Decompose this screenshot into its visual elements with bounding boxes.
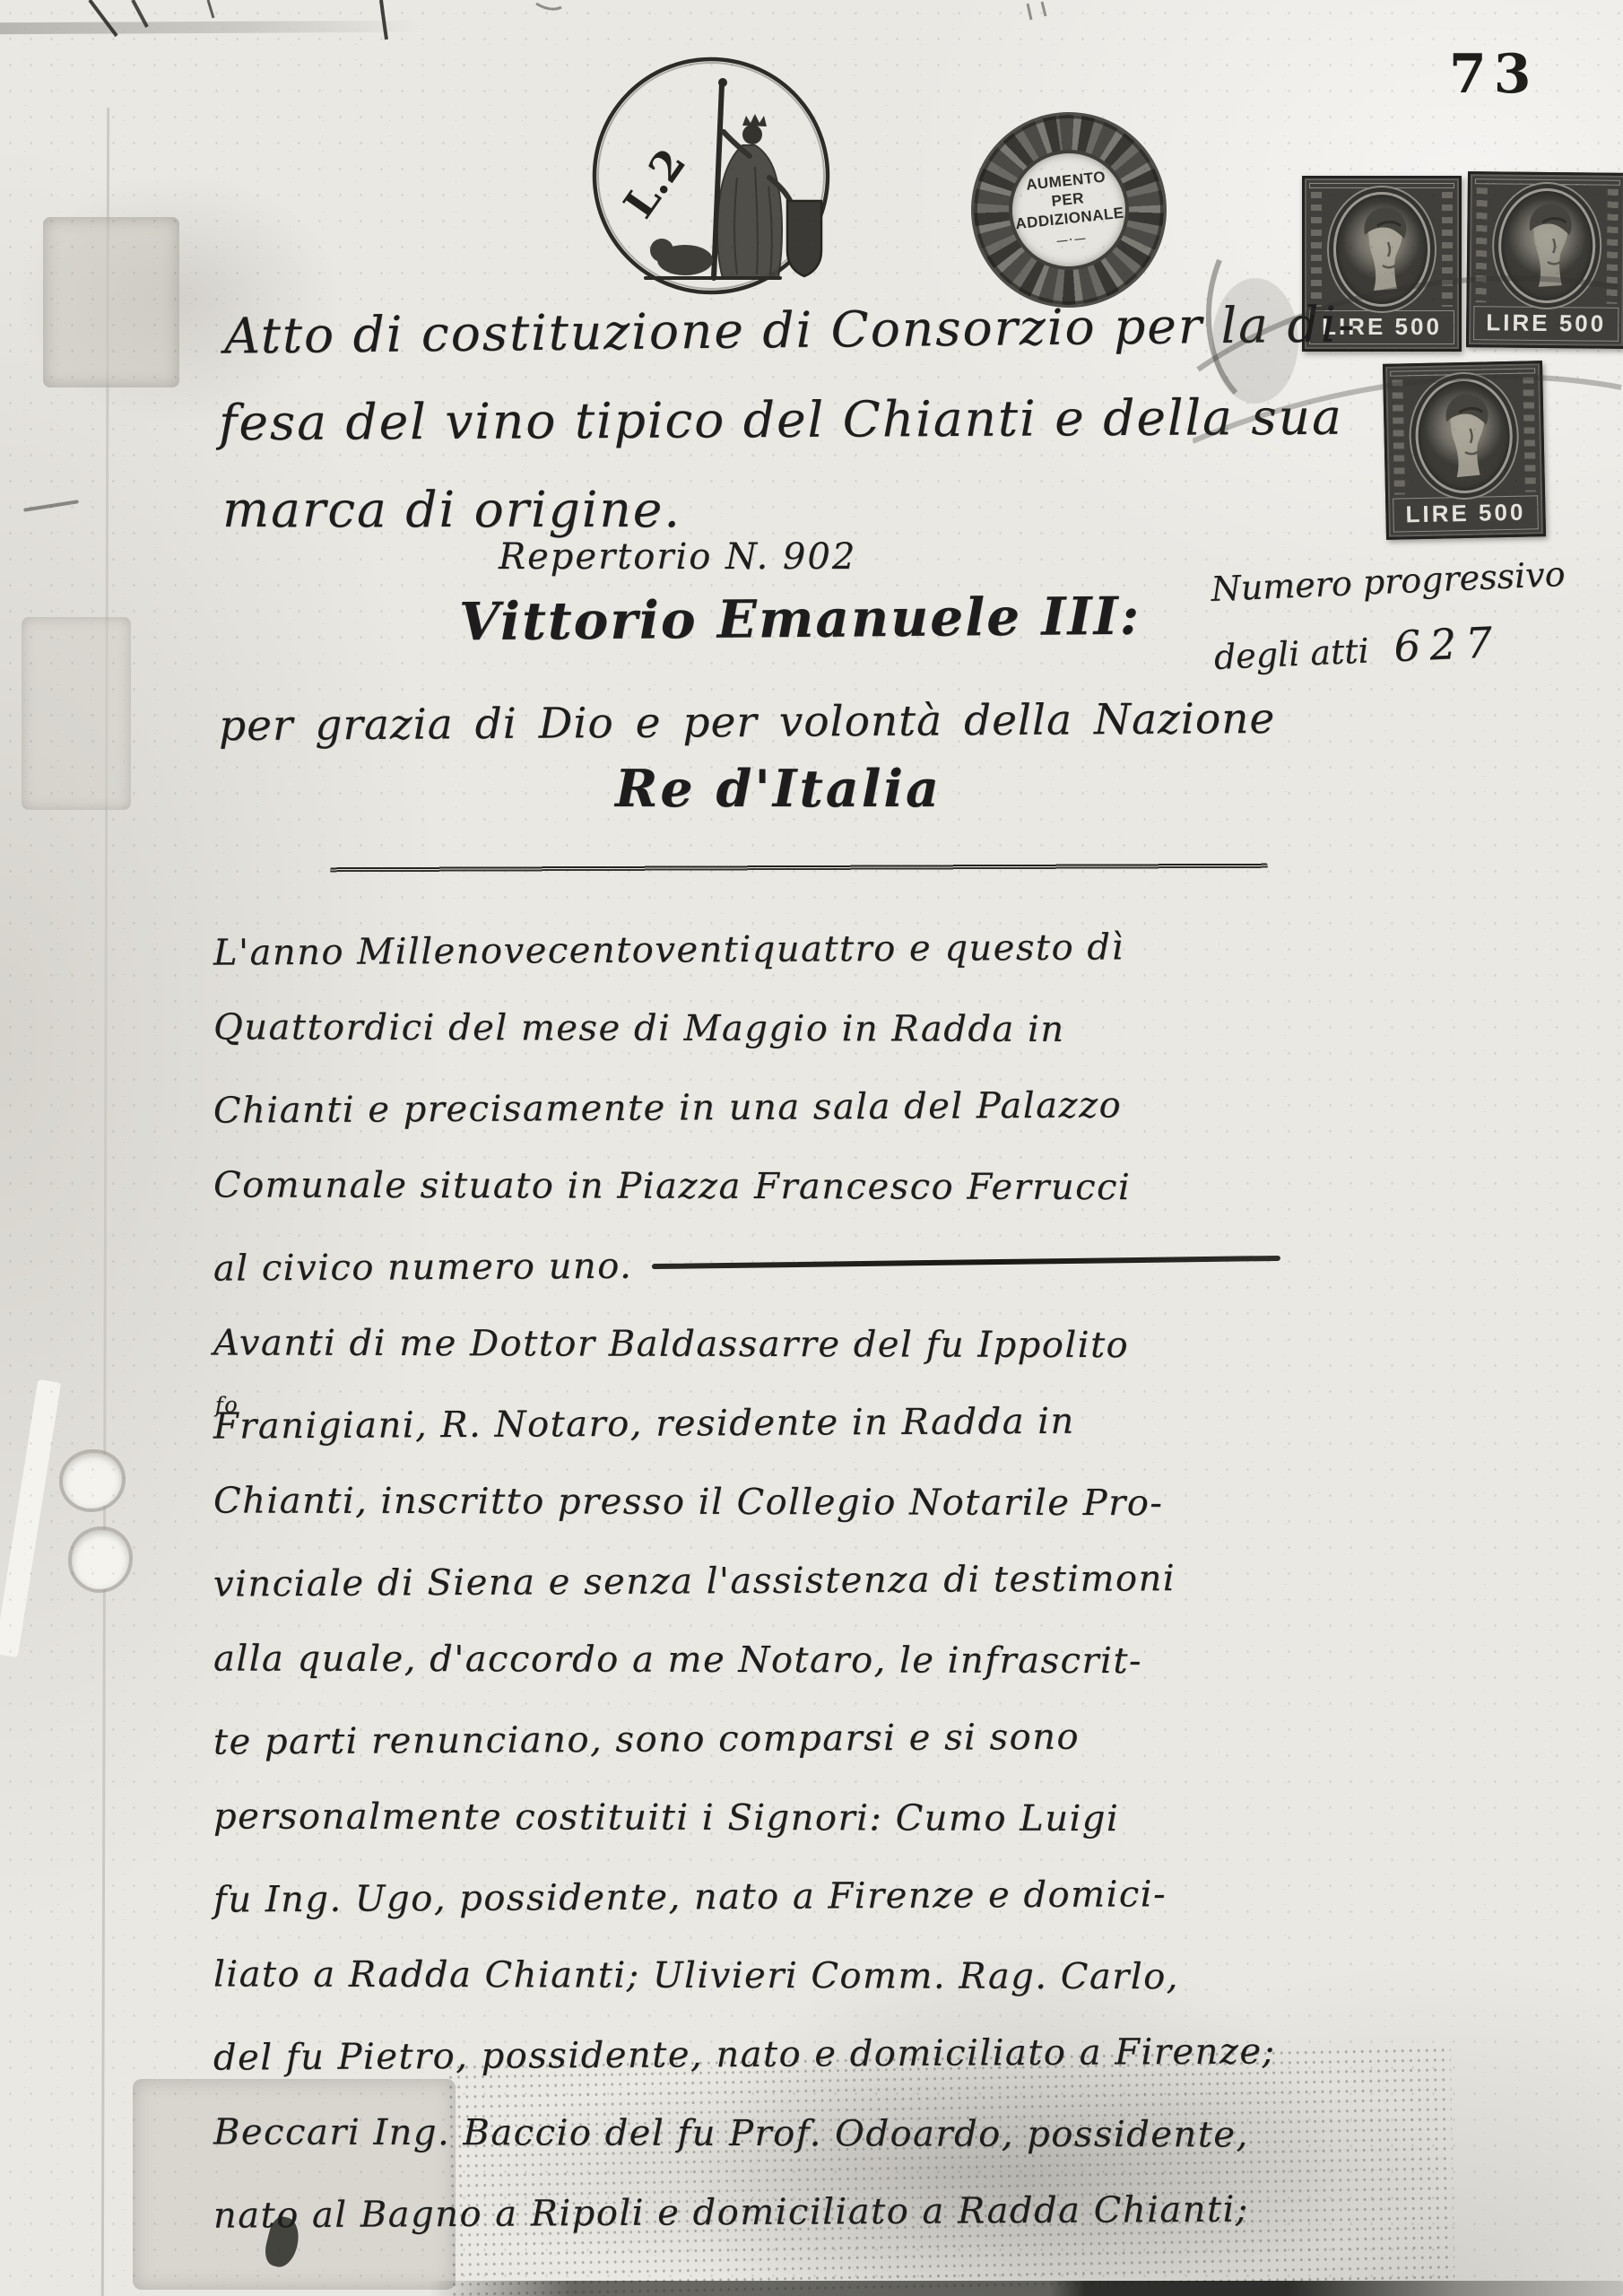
body-line: Avanti di me Dottor Baldassarre del fu I…	[213, 1309, 1280, 1391]
punch-hole	[72, 1530, 129, 1589]
body-text: L'anno Millenovecentoventiquattro e ques…	[213, 917, 1280, 2258]
body-line: alla quale, d'accordo a me Notaro, le in…	[213, 1625, 1280, 1707]
aumento-seal-icon: AUMENTO PER ADDIZIONALE —·—	[965, 106, 1174, 315]
minerva-head-icon	[1498, 187, 1596, 303]
revenue-stamp-icon: MARCA DA BOLLO LIRE 500	[1383, 361, 1546, 540]
page-edge	[0, 1379, 61, 1657]
scan-streak	[0, 21, 421, 34]
seal-line: PER	[1051, 189, 1085, 211]
stamp-value: LIRE 500	[1473, 306, 1619, 342]
body-line: nato al Bagno a Ripoli e domiciliato a R…	[213, 2176, 1281, 2261]
tape-patch	[43, 217, 179, 387]
body-line: Beccari Ing. Baccio del fu Prof. Odoardo…	[213, 2099, 1280, 2180]
page-number: 73	[1449, 43, 1539, 106]
re-italia-line: Re d'Italia	[615, 759, 942, 819]
aumento-seal-text: AUMENTO PER ADDIZIONALE —·—	[1007, 148, 1131, 272]
body-line: personalmente costituiti i Signori: Cumo…	[213, 1783, 1280, 1865]
king-line: Vittorio Emanuele III:	[459, 586, 1141, 653]
scanned-document-page: 73 L.2 AUMENTO PER ADDIZIONALE —·— MARCA…	[0, 0, 1623, 2296]
superscript-correction: fo	[215, 1371, 239, 1438]
progressive-number: 627	[1393, 618, 1502, 672]
repertorio-line: Repertorio N. 902	[499, 536, 856, 578]
scan-edge-shadow	[429, 2281, 1623, 2296]
trailing-rule	[652, 1256, 1280, 1269]
body-line: del fu Pietro, possidente, nato e domici…	[213, 2018, 1281, 2103]
body-line: liato a Radda Chianti; Ulivieri Comm. Ra…	[213, 1941, 1280, 2022]
tape-patch	[22, 617, 131, 810]
hand-drawn-divider	[330, 863, 1268, 874]
body-line: Quattordici del mese di Maggio in Radda …	[213, 994, 1280, 1075]
italia-emblem-icon: L.2	[585, 52, 838, 301]
stamp-cameo-frame	[1392, 377, 1536, 494]
pen-mark	[23, 500, 79, 512]
revenue-stamp-icon: MARCA DA BOLLO LIRE 500	[1466, 171, 1623, 349]
body-line: foFranigiani, R. Notaro, residente in Ra…	[213, 1387, 1281, 1472]
body-line: al civico numero uno.	[213, 1229, 1281, 1314]
margin-note: Numero progressivo degli atti627	[1210, 538, 1623, 691]
body-line: Chianti e precisamente in una sala del P…	[213, 1071, 1281, 1156]
stamp-cameo-frame	[1311, 192, 1453, 307]
stamp-value: LIRE 500	[1393, 495, 1539, 532]
stamp-header: MARCA DA BOLLO	[1309, 183, 1454, 188]
title-line: Atto di costituzione di Consorzio per la…	[224, 295, 1357, 364]
body-line: Comunale situato in Piazza Francesco Fer…	[213, 1152, 1280, 1233]
grace-line: per grazia di Dio e per volontà della Na…	[219, 694, 1276, 751]
seal-ornament: —·—	[1055, 229, 1088, 249]
stamp-header: MARCA DA BOLLO	[1475, 178, 1620, 186]
body-line: te parti renunciano, sono comparsi e si …	[213, 1702, 1281, 1787]
punch-hole	[63, 1453, 122, 1509]
title-line: fesa del vino tipico del Chianti e della…	[219, 388, 1343, 452]
body-line: fu Ing. Ugo, possidente, nato a Firenze …	[213, 1860, 1281, 1945]
svg-text:L.2: L.2	[614, 140, 695, 227]
fold-line	[101, 108, 109, 2296]
stamp-cameo-frame	[1476, 187, 1619, 304]
stamp-header: MARCA DA BOLLO	[1390, 368, 1535, 376]
body-line: Chianti, inscritto presso il Collegio No…	[213, 1467, 1280, 1549]
minerva-head-icon	[1414, 378, 1514, 494]
title-line: marca di origine.	[222, 481, 681, 538]
body-line: L'anno Millenovecentoventiquattro e ques…	[213, 913, 1281, 998]
body-line: vinciale di Siena e senza l'assistenza d…	[213, 1544, 1281, 1630]
minerva-head-icon	[1333, 192, 1430, 307]
